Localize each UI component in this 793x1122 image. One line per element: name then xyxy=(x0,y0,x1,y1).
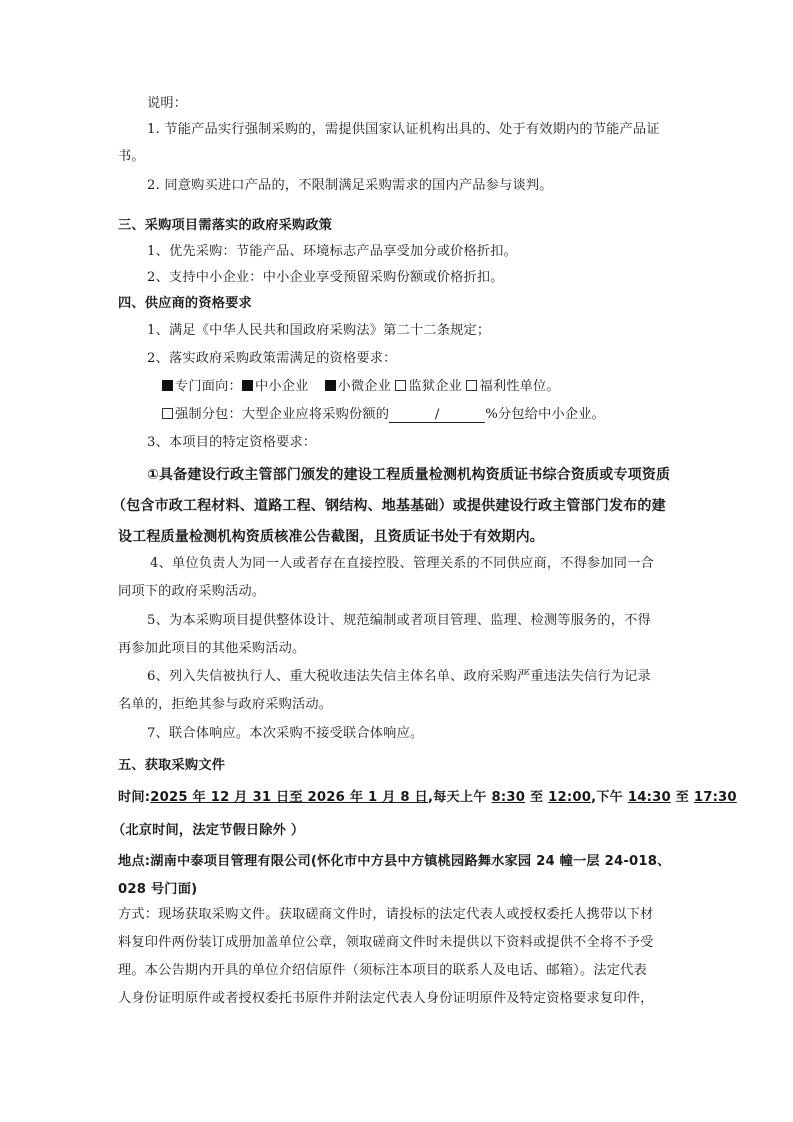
targeting-checkbox[interactable] xyxy=(162,380,173,391)
notes-item-2: 2. 同意购买进口产品的，不限制满足采购需求的国内产品参与谈判。 xyxy=(147,177,553,195)
notes-item-1: 1. 节能产品实行强制采购的，需提供国家认证机构出具的、处于有效期内的节能产品证 xyxy=(147,121,660,139)
targeting-label: 专门面向： xyxy=(175,379,242,394)
targeting-row: 专门面向：中小企业小微企业 监狱企业 福利性单位。 xyxy=(162,378,560,396)
section-3-item-1: 1、优先采购：节能产品、环境标志产品享受加分或价格折扣。 xyxy=(147,243,517,261)
checkbox-sme[interactable] xyxy=(242,380,253,391)
special-requirement-line-2: （包含市政工程材料、道路工程、钢结构、地基基础）或提供建设行政主管部门发布的建 xyxy=(112,497,666,515)
time-date-range: 2025 年 12 月 31 日至 2026 年 1 月 8 日 xyxy=(150,790,428,805)
section-4-item-6-cont: 名单的，拒绝其参与政府采购活动。 xyxy=(118,696,332,714)
time-to: 至 xyxy=(525,790,548,805)
special-requirement-line-1: ①具备建设行政主管部门颁发的建设工程质量检测机构资质证书综合资质或专项资质 xyxy=(147,466,670,484)
subcontract-row: 强制分包：大型企业应将采购份额的/%分包给中小企业。 xyxy=(162,406,605,424)
time-note: （北京时间，法定节假日除外 ） xyxy=(112,822,304,840)
option-prison-label: 监狱企业 xyxy=(408,379,462,394)
section-4-item-5: 5、为本采购项目提供整体设计、规范编制或者项目管理、监理、检测等服务的，不得 xyxy=(147,612,651,630)
option-welfare-label: 福利性单位。 xyxy=(479,379,559,394)
time-pm-start: 14:30 xyxy=(628,790,671,805)
section-4-heading: 四、供应商的资格要求 xyxy=(118,295,252,313)
method-line-1: 方式：现场获取采购文件。获取磋商文件时，请投标的法定代表人或授权委托人携带以下材 xyxy=(118,906,654,924)
section-4-item-7: 7、联合体响应。本次采购不接受联合体响应。 xyxy=(147,725,423,743)
section-4-item-4: 4、单位负责人为同一人或者存在直接控股、管理关系的不同供应商，不得参加同一合 xyxy=(150,555,654,573)
option-micro-label: 小微企业 xyxy=(338,379,392,394)
acquisition-location: 地点:湖南中泰项目管理有限公司(怀化市中方县中方镇桃园路舞水家园 24 幢一层 … xyxy=(118,853,671,871)
time-label: 时间: xyxy=(118,790,150,805)
section-5-heading: 五、获取采购文件 xyxy=(118,757,225,775)
subcontract-prefix: 强制分包：大型企业应将采购份额的 xyxy=(175,407,389,422)
section-4-item-3: 3、本项目的特定资格要求： xyxy=(147,434,316,452)
section-4-item-2: 2、落实政府采购政策需满足的资格要求： xyxy=(147,350,397,368)
method-line-4: 人身份证明原件或者授权委托书原件并附法定代表人身份证明原件及特定资格要求复印件， xyxy=(118,990,654,1008)
acquisition-time: 时间:2025 年 12 月 31 日至 2026 年 1 月 8 日,每天上午… xyxy=(118,789,737,807)
subcontract-suffix: %分包给中小企业。 xyxy=(485,407,605,422)
notes-item-1-cont: 书。 xyxy=(118,148,145,166)
time-am-end: 12:00 xyxy=(548,790,591,805)
section-4-item-1: 1、满足《中华人民共和国政府采购法》第二十二条规定； xyxy=(147,322,490,340)
checkbox-micro[interactable] xyxy=(325,380,336,391)
section-4-item-4-cont: 同项下的政府采购活动。 xyxy=(118,583,265,601)
section-4-item-5-cont: 再参加此项目的其他采购活动。 xyxy=(118,640,305,658)
section-3-heading: 三、采购项目需落实的政府采购政策 xyxy=(118,217,332,235)
time-to: 至 xyxy=(671,790,694,805)
time-sep: ,每天上午 xyxy=(428,790,492,805)
section-3-item-2: 2、支持中小企业：中小企业享受预留采购份额或价格折扣。 xyxy=(147,269,504,287)
method-line-3: 理。本公告期内开具的单位介绍信原件（须标注本项目的联系人及电话、邮箱）。法定代表 xyxy=(118,962,647,980)
option-sme-label: 中小企业 xyxy=(255,379,309,394)
time-sep: ,下午 xyxy=(591,790,628,805)
special-requirement-line-3: 设工程质量检测机构资质核准公告截图，且资质证书处于有效期内。 xyxy=(118,528,544,546)
document-page: 说明： 1. 节能产品实行强制采购的，需提供国家认证机构出具的、处于有效期内的节… xyxy=(0,0,793,1122)
section-4-item-6: 6、列入失信被执行人、重大税收违法失信主体名单、政府采购严重违法失信行为记录 xyxy=(147,668,651,686)
checkbox-welfare[interactable] xyxy=(466,380,477,391)
checkbox-prison[interactable] xyxy=(395,380,406,391)
method-line-2: 料复印件两份装订成册加盖单位公章，领取磋商文件时未提供以下资料或提供不全将不予受 xyxy=(118,934,654,952)
notes-title: 说明： xyxy=(147,95,187,113)
subcontract-checkbox[interactable] xyxy=(162,408,173,419)
subcontract-percent-blank: / xyxy=(389,408,485,423)
time-pm-end: 17:30 xyxy=(694,790,737,805)
time-am-start: 8:30 xyxy=(492,790,526,805)
acquisition-location-cont: 028 号门面) xyxy=(118,881,197,899)
